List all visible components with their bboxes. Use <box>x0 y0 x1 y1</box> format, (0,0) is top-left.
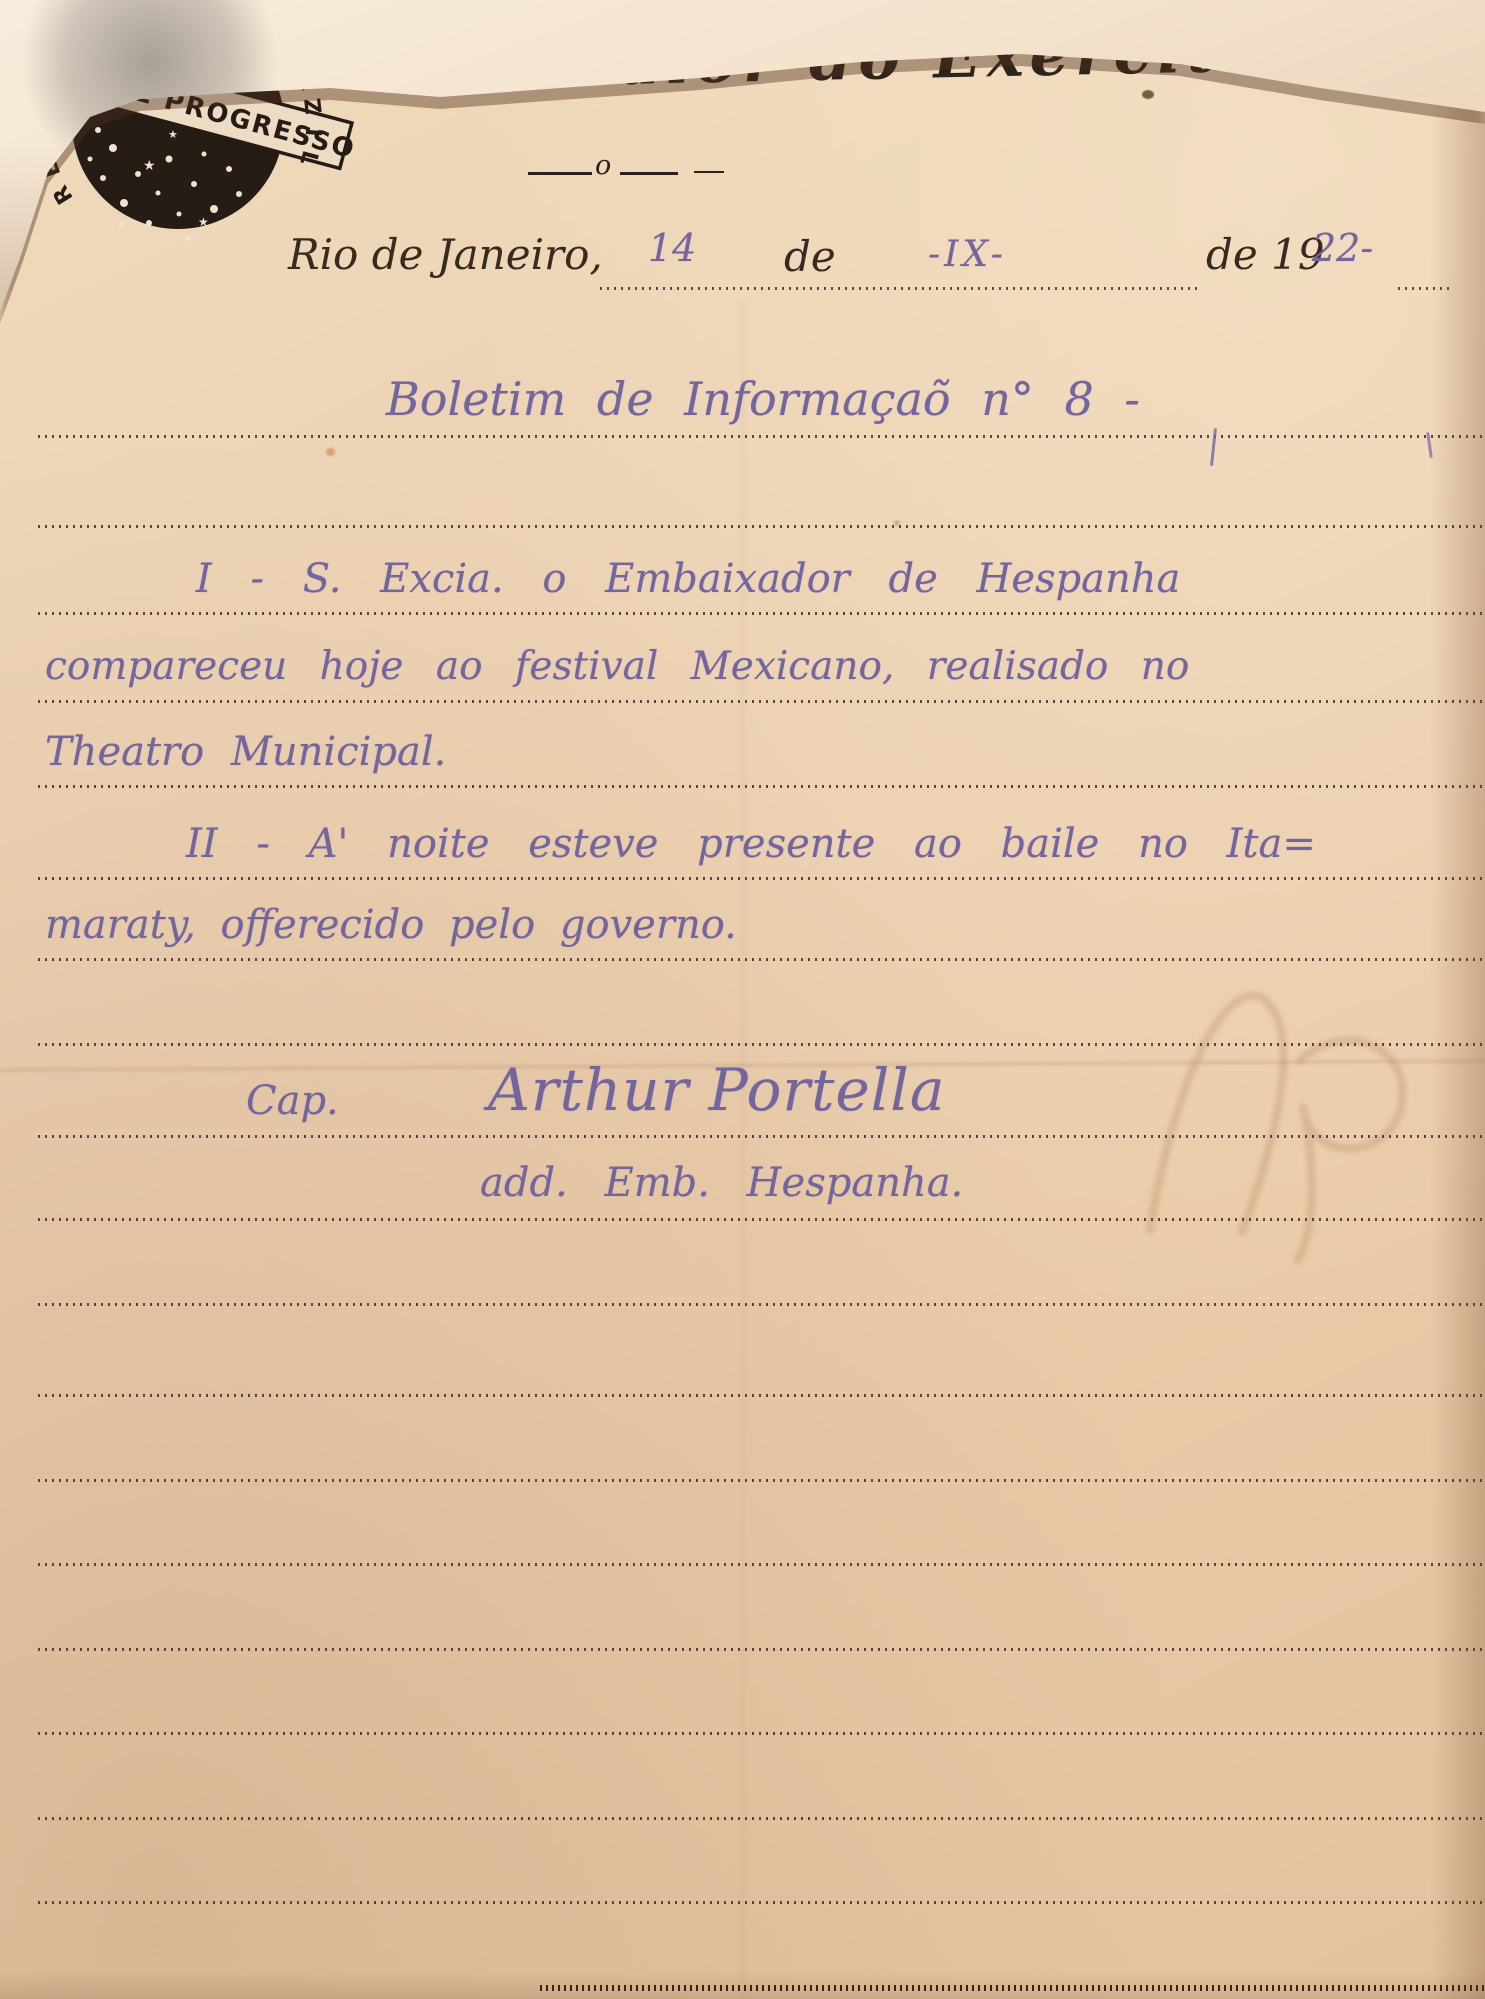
ruled-line <box>38 1817 1485 1820</box>
dateline-year-handwritten: 22- <box>1312 226 1373 270</box>
dateline-year-prefix: de 19 <box>1206 230 1325 279</box>
dateline-dots-1 <box>600 287 1202 290</box>
vertical-crease <box>742 300 744 1999</box>
svg-text:★: ★ <box>168 128 178 141</box>
bulletin-title: Boletim de Informaçaõ n° 8 - <box>386 372 1140 426</box>
signature-credential: add. Emb. Hespanha. <box>480 1160 963 1206</box>
page-edge-shade-bottom <box>0 1971 1485 1999</box>
dateline-month-handwritten: -IX- <box>928 234 1007 275</box>
dateline-day-handwritten: 14 <box>648 226 696 270</box>
ruled-line <box>38 612 1485 615</box>
ruled-line <box>38 1303 1485 1306</box>
divider-line-left <box>528 172 592 175</box>
ruled-line <box>38 1135 1485 1138</box>
ruled-line <box>38 1563 1485 1566</box>
dateline-de: de <box>784 232 836 281</box>
ruled-line <box>38 1648 1485 1651</box>
body-line-5: maraty, offerecido pelo governo. <box>45 902 737 948</box>
signature-name: Arthur Portella <box>488 1056 945 1124</box>
ruled-line <box>38 958 1485 961</box>
ruled-line <box>38 525 1485 528</box>
divider-line-right <box>620 172 678 175</box>
scanned-document-page: Maior do Exercito o Rio de Janeiro, 14 d… <box>0 0 1485 1999</box>
svg-text:R: R <box>48 181 78 209</box>
svg-text:★: ★ <box>143 158 156 174</box>
page-edge-shade-right <box>1430 0 1485 1999</box>
body-line-2: compareceu hoje ao festival Mexicano, re… <box>45 644 1189 689</box>
ruled-line <box>38 1394 1485 1397</box>
divider-ornament: o <box>595 150 611 181</box>
ruled-line <box>38 877 1485 880</box>
svg-text:★: ★ <box>198 215 209 229</box>
svg-text:★: ★ <box>116 217 128 232</box>
stain-dark <box>1142 90 1154 99</box>
signature-rank: Cap. <box>246 1078 339 1124</box>
ruled-line <box>38 785 1485 788</box>
ruled-line <box>38 1043 1485 1046</box>
ruled-line <box>38 1732 1485 1735</box>
ruled-line <box>38 1479 1485 1482</box>
body-line-4: II - A' noite esteve presente ao baile n… <box>186 821 1316 867</box>
body-line-3: Theatro Municipal. <box>45 729 446 775</box>
ruled-line <box>38 1901 1485 1904</box>
ruled-line <box>38 700 1485 703</box>
ruled-line <box>38 1218 1485 1221</box>
stain-orange <box>326 448 335 456</box>
stain-faint <box>894 520 900 526</box>
ruled-line <box>38 435 1485 438</box>
body-line-1: I - S. Excia. o Embaixador de Hespanha <box>196 556 1180 602</box>
divider-dash <box>694 171 724 173</box>
svg-text:I: I <box>300 127 326 137</box>
